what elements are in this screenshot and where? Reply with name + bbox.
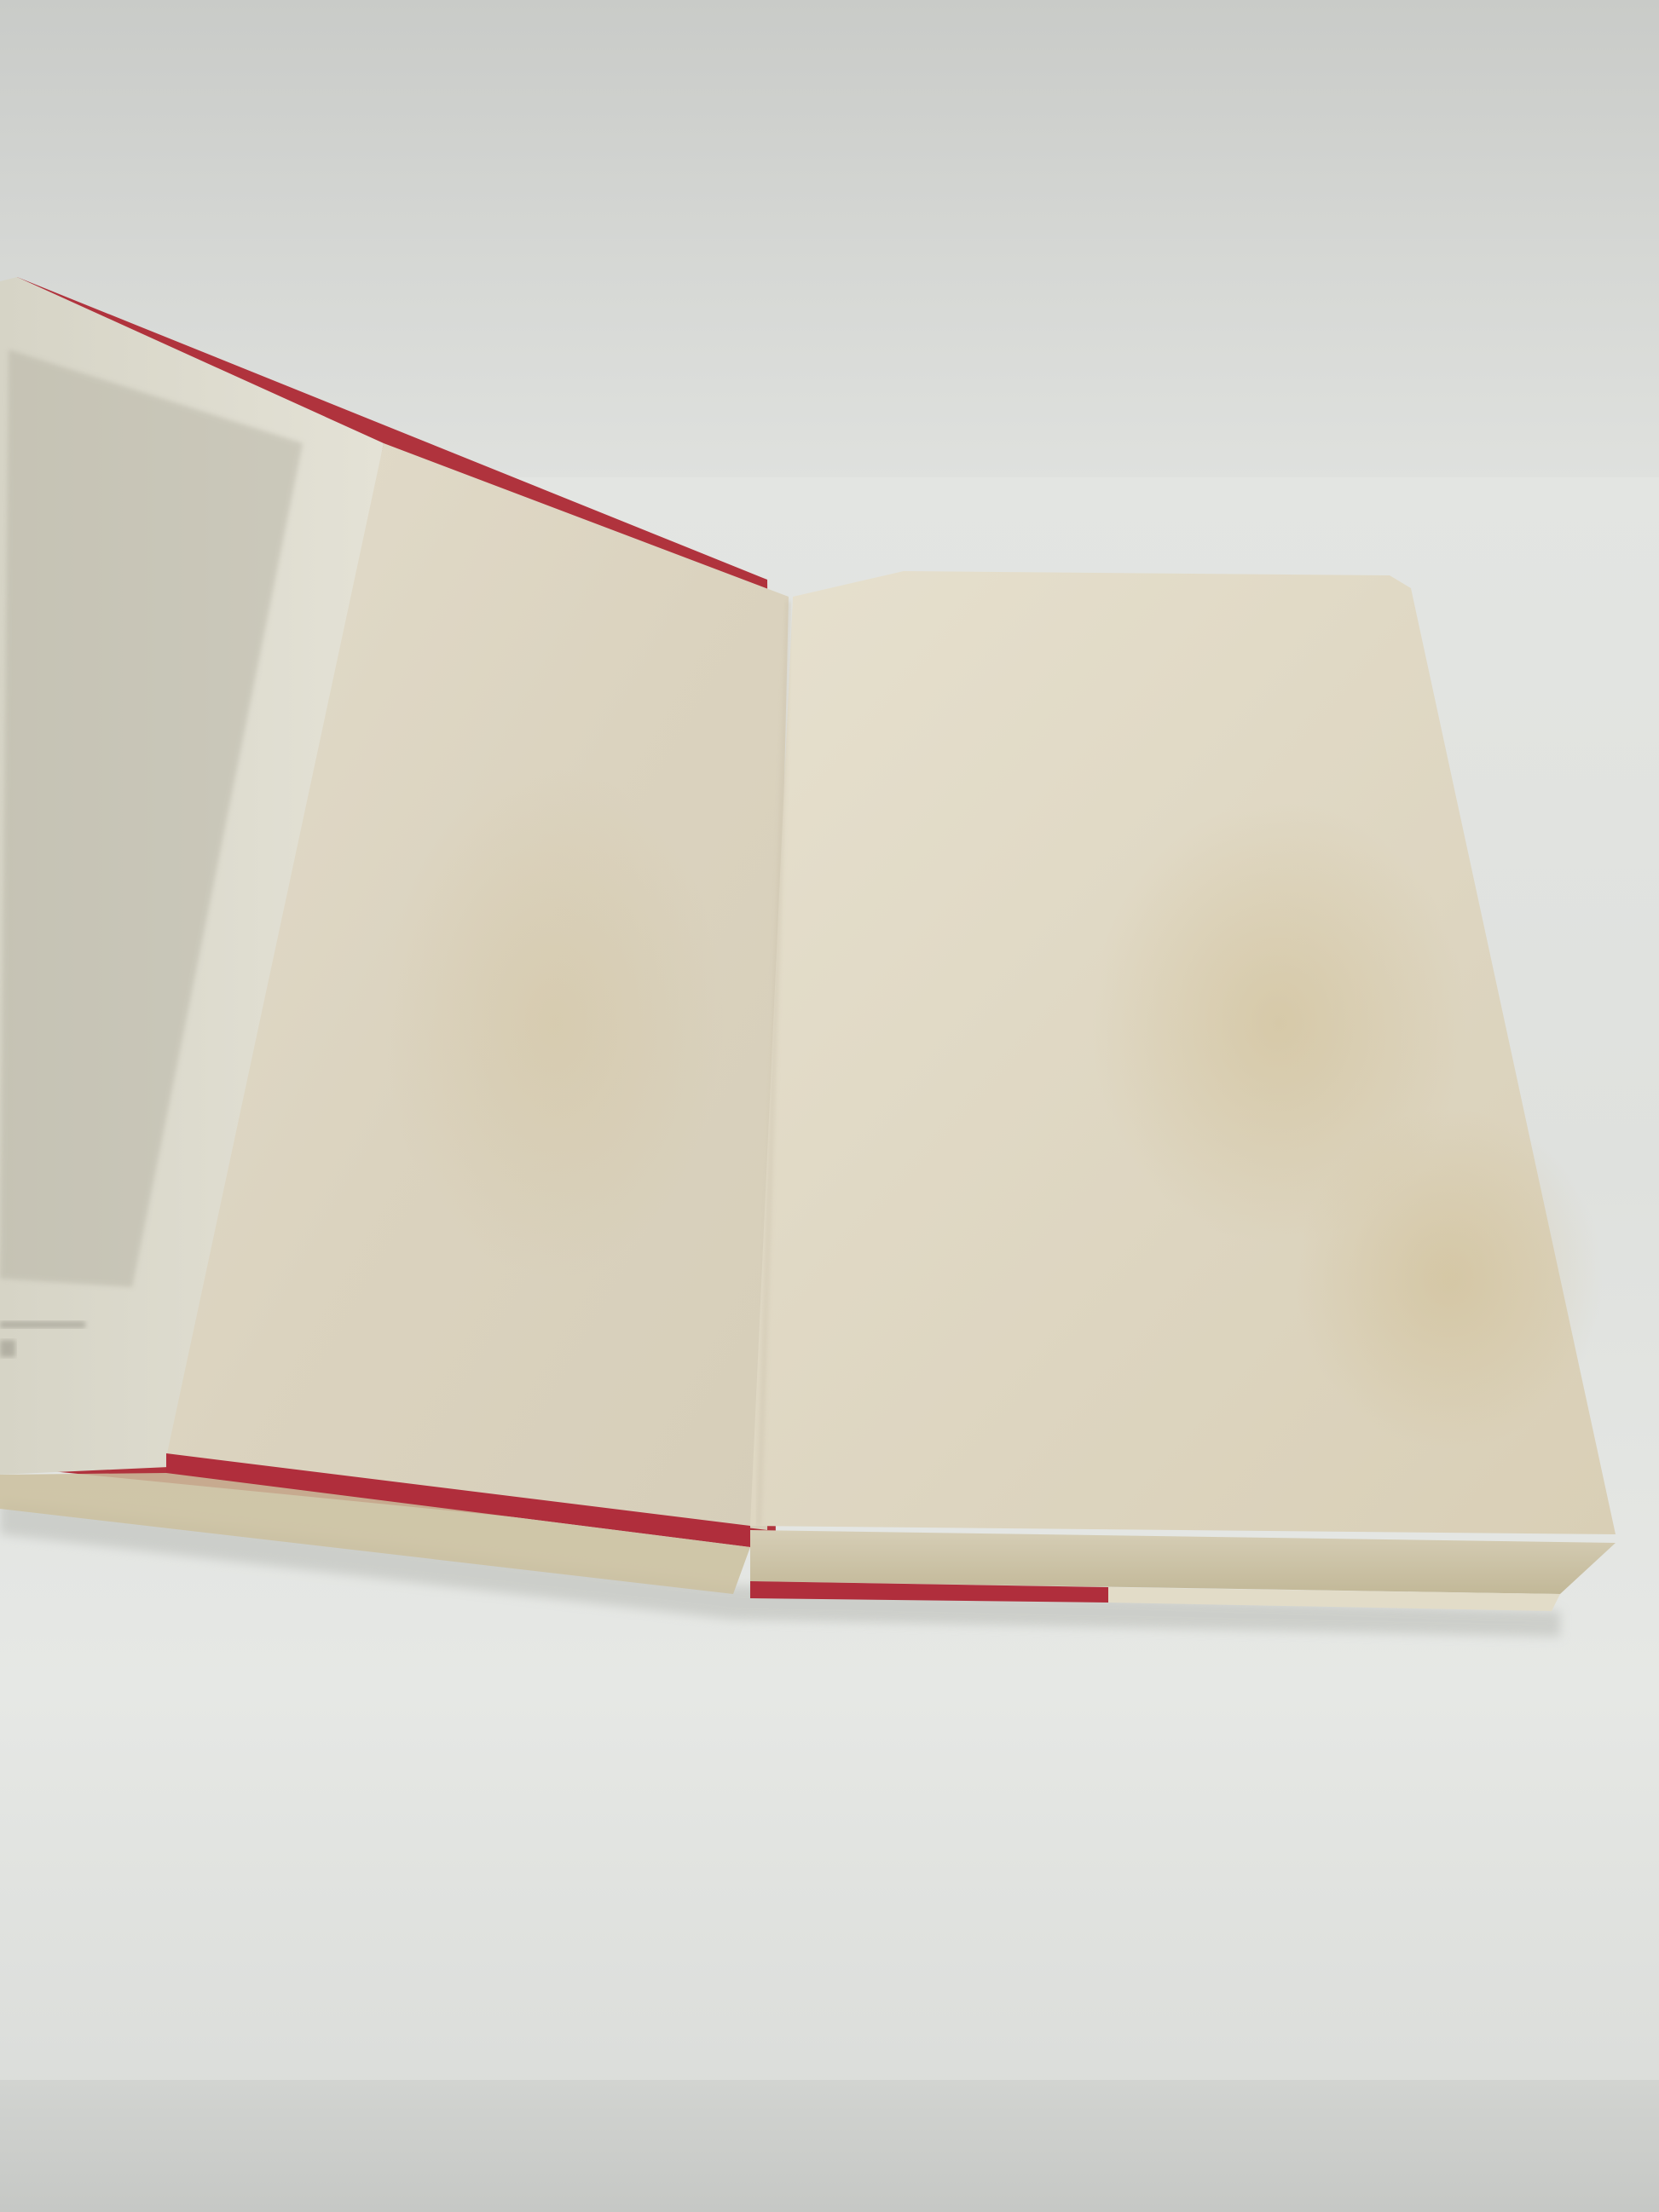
- foxing-stain: [1296, 1108, 1603, 1449]
- flap-price-mark: [0, 1340, 15, 1357]
- foxing-stain: [384, 767, 725, 1279]
- flap-rule-line: [0, 1321, 85, 1328]
- open-book: [0, 0, 1659, 2212]
- photo-scene: Open hardcover book with dust jacket lyi…: [0, 0, 1659, 2212]
